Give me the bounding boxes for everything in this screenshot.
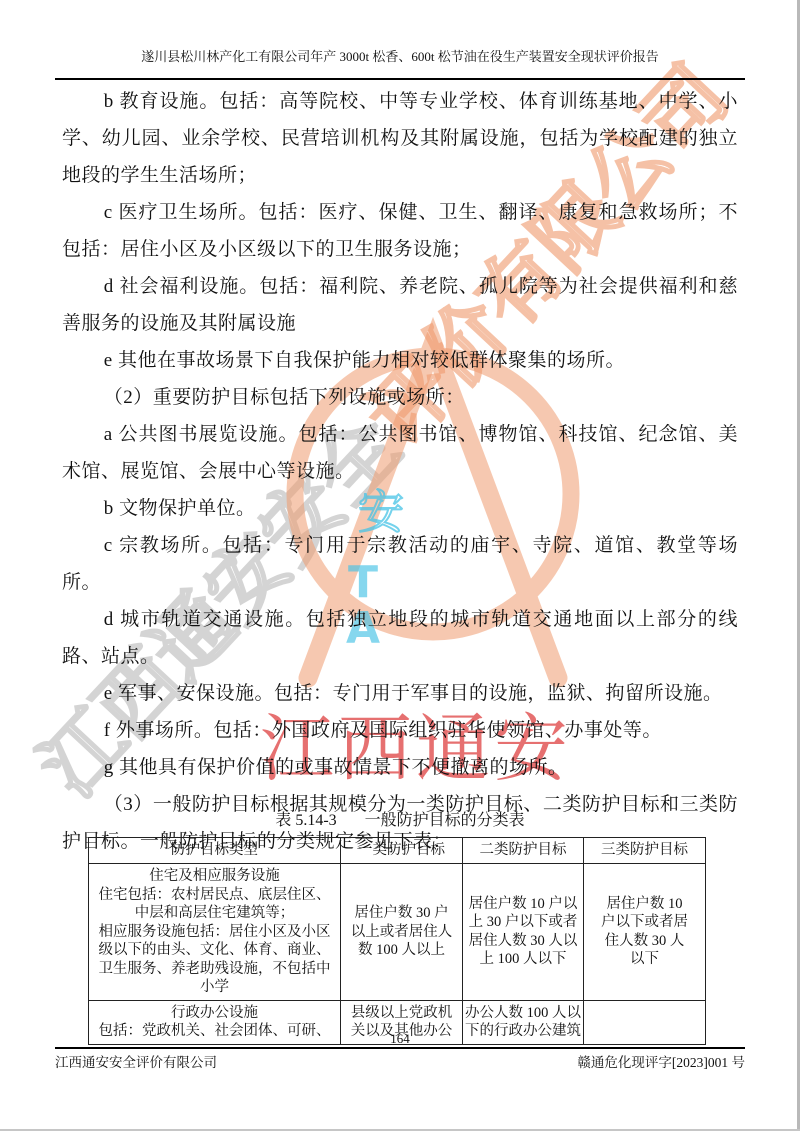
- paragraph: d 社会福利设施。包括：福利院、养老院、孤儿院等为社会提供福利和慈善服务的设施及…: [62, 268, 738, 342]
- paragraph: d 城市轨道交通设施。包括独立地段的城市轨道交通地面以上部分的线路、站点。: [62, 601, 738, 675]
- page-header: 遂川县松川林产化工有限公司年产 3000t 松香、600t 松节油在役生产装置安…: [55, 48, 745, 80]
- table-cell: 居住户数 30 户 以上或者居住人 数 100 人以上: [341, 864, 463, 1001]
- paragraph: e 其他在事故场景下自我保护能力相对较低群体聚集的场所。: [62, 342, 738, 379]
- footer-company: 江西通安安全评价有限公司: [55, 1054, 217, 1071]
- table-cell: 居住户数 10 户以 上 30 户以下或者 居住人数 30 人以 上 100 人…: [463, 864, 584, 1001]
- paragraph: b 文物保护单位。: [62, 490, 738, 527]
- paragraph: b 教育设施。包括：高等院校、中等专业学校、体育训练基地、中学、小学、幼儿园、业…: [62, 83, 738, 194]
- report-title: 遂川县松川林产化工有限公司年产 3000t 松香、600t 松节油在役生产装置安…: [141, 49, 658, 64]
- table-caption-label: 表 5.14-3: [275, 812, 336, 829]
- table-header-cell: 一类防护目标: [341, 838, 463, 864]
- paragraph: （2）重要防护目标包括下列设施或场所：: [62, 379, 738, 416]
- page-footer: 江西通安安全评价有限公司 赣通危化现评字[2023]001 号: [55, 1047, 745, 1071]
- paragraph: c 宗教场所。包括：专门用于宗教活动的庙宇、寺院、道馆、教堂等场所。: [62, 527, 738, 601]
- page-number: 164: [0, 1031, 800, 1046]
- body-text: b 教育设施。包括：高等院校、中等专业学校、体育训练基地、中学、小学、幼儿园、业…: [62, 83, 738, 860]
- footer-doc-number: 赣通危化现评字[2023]001 号: [577, 1054, 745, 1071]
- paragraph: e 军事、安保设施。包括：专门用于军事目的设施，监狱、拘留所设施。: [62, 675, 738, 712]
- table-caption-title: 一般防护目标的分类表: [365, 812, 525, 829]
- paragraph: g 其他具有保护价值的或事故情景下不便撤离的场所。: [62, 749, 738, 786]
- classification-table-wrap: 防护目标类型 一类防护目标 二类防护目标 三类防护目标 住宅及相应服务设施 住宅…: [88, 837, 706, 1045]
- classification-table: 防护目标类型 一类防护目标 二类防护目标 三类防护目标 住宅及相应服务设施 住宅…: [88, 837, 706, 1045]
- content-layer: 遂川县松川林产化工有限公司年产 3000t 松香、600t 松节油在役生产装置安…: [0, 0, 800, 1131]
- table-caption: 表 5.14-3一般防护目标的分类表: [0, 810, 800, 832]
- table-row: 住宅及相应服务设施 住宅包括：农村居民点、底层住区、 中层和高层住宅建筑等； 相…: [89, 864, 706, 1001]
- table-cell: 住宅及相应服务设施 住宅包括：农村居民点、底层住区、 中层和高层住宅建筑等； 相…: [89, 864, 341, 1001]
- table-header-row: 防护目标类型 一类防护目标 二类防护目标 三类防护目标: [89, 838, 706, 864]
- document-page: 江西通安安全评价有限公司 安 T A 江西通安 遂川县松川林产化工有限公司年产 …: [0, 0, 800, 1131]
- table-header-cell: 二类防护目标: [463, 838, 584, 864]
- paragraph: c 医疗卫生场所。包括：医疗、保健、卫生、翻译、康复和急救场所；不包括：居住小区…: [62, 194, 738, 268]
- table-cell: 居住户数 10 户以下或者居 住人数 30 人 以下: [584, 864, 706, 1001]
- table-header-cell: 三类防护目标: [584, 838, 706, 864]
- table-header-cell: 防护目标类型: [89, 838, 341, 864]
- paragraph: f 外事场所。包括：外国政府及国际组织驻华使领馆、办事处等。: [62, 712, 738, 749]
- paragraph: a 公共图书展览设施。包括：公共图书馆、博物馆、科技馆、纪念馆、美术馆、展览馆、…: [62, 416, 738, 490]
